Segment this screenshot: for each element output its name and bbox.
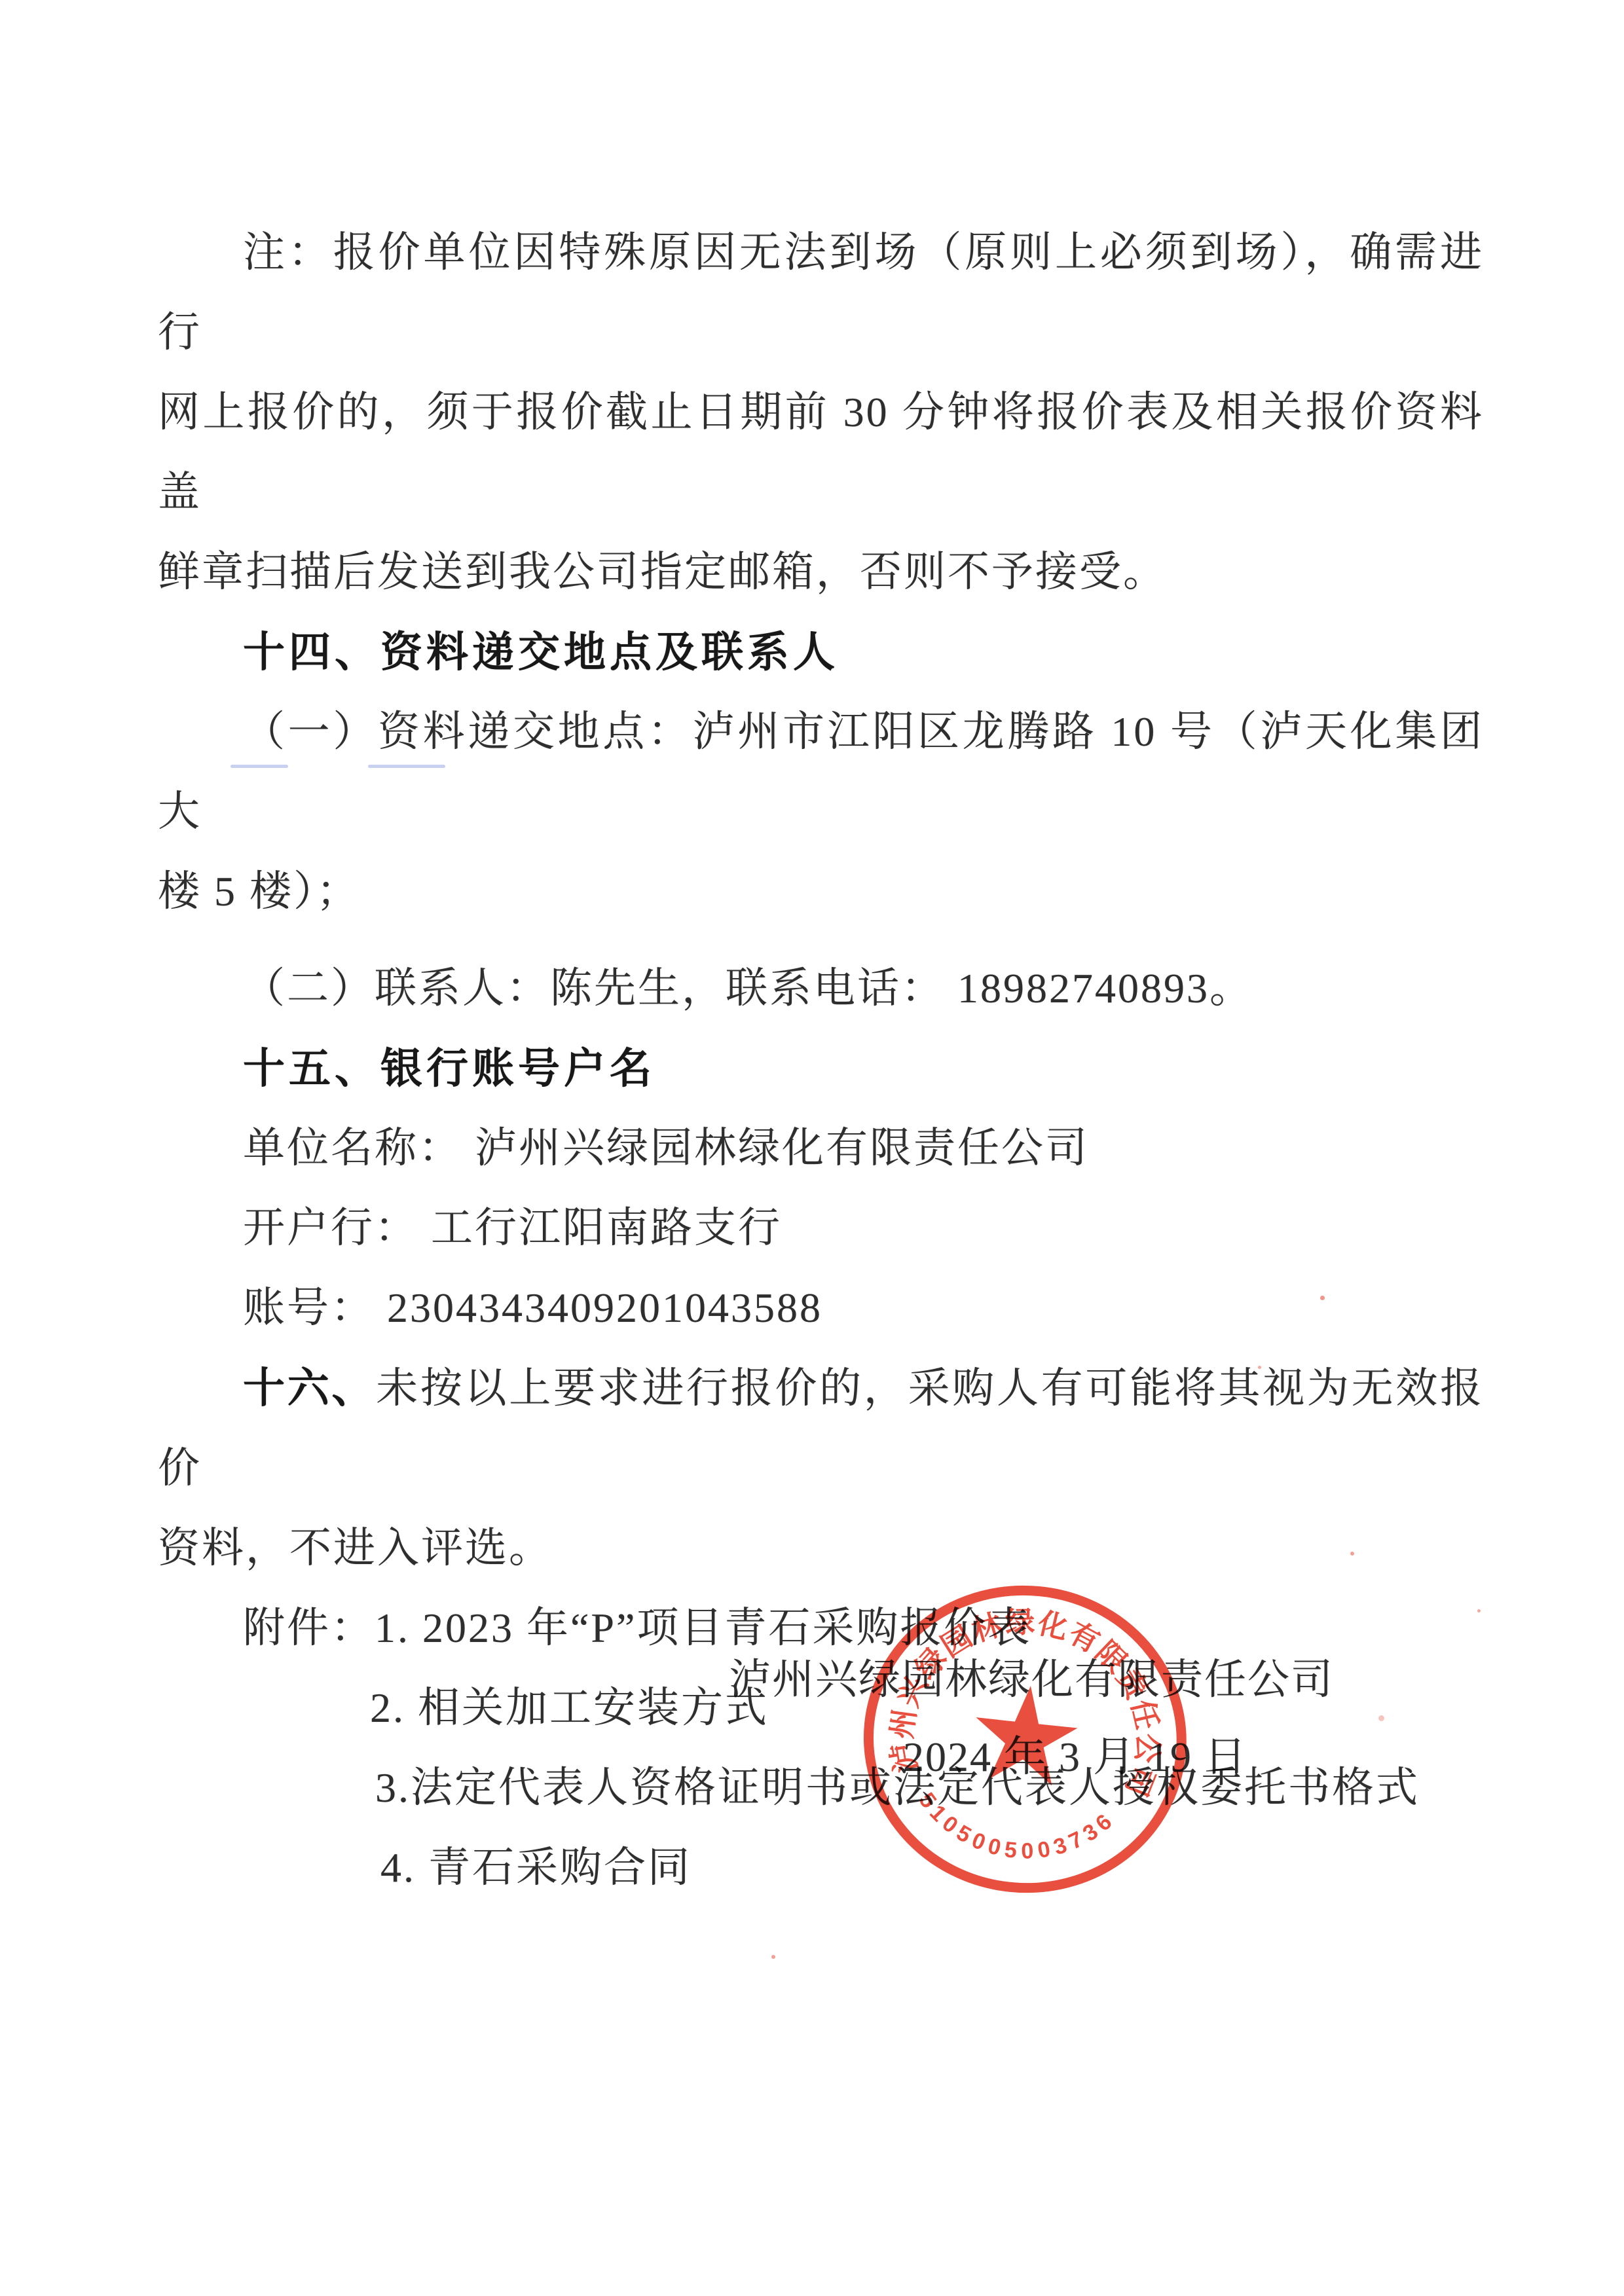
section-16-number: 十六、 xyxy=(243,1364,376,1412)
section-16-line-1: 十六、未按以上要求进行报价的，采购人有可能将其视为无效报价 xyxy=(158,1348,1484,1508)
section-14-heading: 十四、资料递交地点及联系人 xyxy=(158,612,1484,692)
signature-block: 泸州兴绿园林绿化有限责任公司 2024 年 3 月 19 日 xyxy=(707,1657,1356,1780)
scan-speck xyxy=(771,1955,775,1959)
note-line-1: 注：报价单位因特殊原因无法到场（原则上必须到场），确需进行 xyxy=(158,213,1484,373)
attachment-line-4: 4. 青石采购合同 xyxy=(158,1828,1484,1908)
note-line-3: 鲜章扫描后发送到我公司指定邮箱，否则不予接受。 xyxy=(158,532,1484,612)
document-page: 注：报价单位因特殊原因无法到场（原则上必须到场），确需进行 网上报价的，须于报价… xyxy=(0,0,1624,2296)
section-15-account-name: 单位名称： 泸州兴绿园林绿化有限责任公司 xyxy=(158,1108,1484,1188)
section-16-line-2: 资料，不进入评选。 xyxy=(158,1508,1484,1588)
section-15-bank: 开户行： 工行江阳南路支行 xyxy=(158,1188,1484,1268)
signature-date: 2024 年 3 月 19 日 xyxy=(751,1734,1399,1780)
document-body: 注：报价单位因特殊原因无法到场（原则上必须到场），确需进行 网上报价的，须于报价… xyxy=(158,213,1484,1908)
section-15-account-number: 账号： 2304343409201043588 xyxy=(158,1268,1484,1348)
section-14-item-1-line-1: （一）资料递交地点：泸州市江阳区龙腾路 10 号（泸天化集团大 xyxy=(158,692,1484,852)
note-line-2: 网上报价的，须于报价截止日期前 30 分钟将报价表及相关报价资料盖 xyxy=(158,373,1484,532)
section-15-heading: 十五、银行账号户名 xyxy=(158,1029,1484,1108)
signature-company: 泸州兴绿园林绿化有限责任公司 xyxy=(707,1657,1356,1703)
section-14-item-1-line-2: 楼 5 楼）； xyxy=(158,852,1484,932)
section-14-item-2: （二）联系人：陈先生，联系电话： 18982740893。 xyxy=(158,949,1484,1029)
